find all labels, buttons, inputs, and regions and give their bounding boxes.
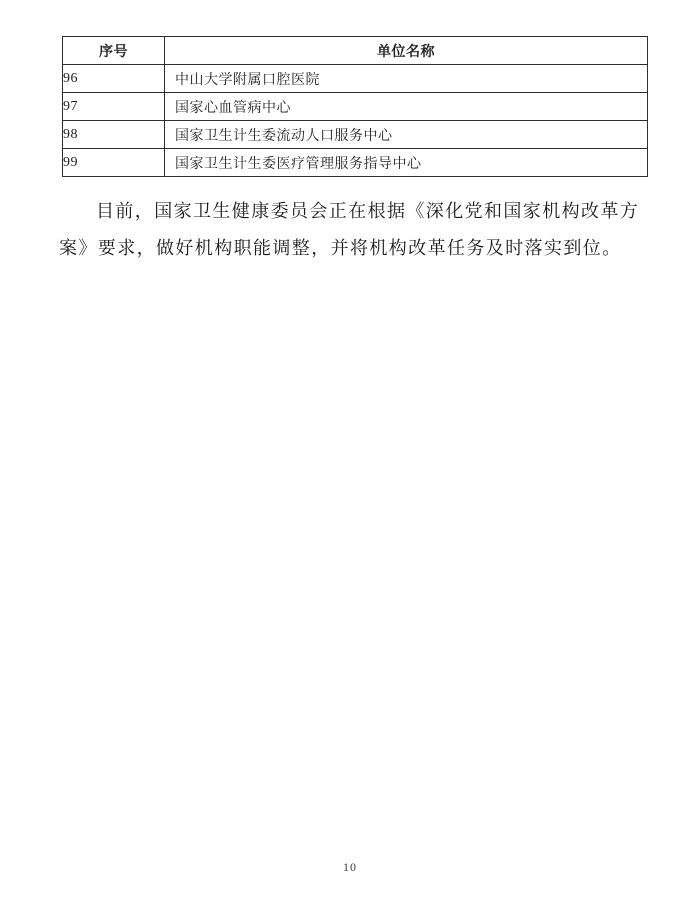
body-paragraph: 目前，国家卫生健康委员会正在根据《深化党和国家机构改革方 案》要求，做好机构职能… [59,193,645,267]
row-number-cell: 98 [63,121,165,149]
column-header-unit-name: 单位名称 [165,37,648,65]
table-row: 96 中山大学附属口腔医院 [63,65,648,93]
table-header-row: 序号 单位名称 [63,37,648,65]
table-row: 98 国家卫生计生委流动人口服务中心 [63,121,648,149]
paragraph-line: 目前，国家卫生健康委员会正在根据《深化党和国家机构改革方 [59,193,645,230]
row-number-cell: 99 [63,149,165,177]
unit-name-cell: 中山大学附属口腔医院 [165,65,648,93]
units-table: 序号 单位名称 96 中山大学附属口腔医院 97 国家心血管病中心 98 国家卫… [62,36,648,177]
table-row: 99 国家卫生计生委医疗管理服务指导中心 [63,149,648,177]
unit-name-cell: 国家卫生计生委医疗管理服务指导中心 [165,149,648,177]
row-number-cell: 97 [63,93,165,121]
column-header-index: 序号 [63,37,165,65]
table-row: 97 国家心血管病中心 [63,93,648,121]
paragraph-line: 案》要求，做好机构职能调整，并将机构改革任务及时落实到位。 [59,230,645,267]
page-number: 10 [0,860,700,875]
unit-name-cell: 国家心血管病中心 [165,93,648,121]
document-page: 序号 单位名称 96 中山大学附属口腔医院 97 国家心血管病中心 98 国家卫… [0,0,700,899]
unit-name-cell: 国家卫生计生委流动人口服务中心 [165,121,648,149]
row-number-cell: 96 [63,65,165,93]
